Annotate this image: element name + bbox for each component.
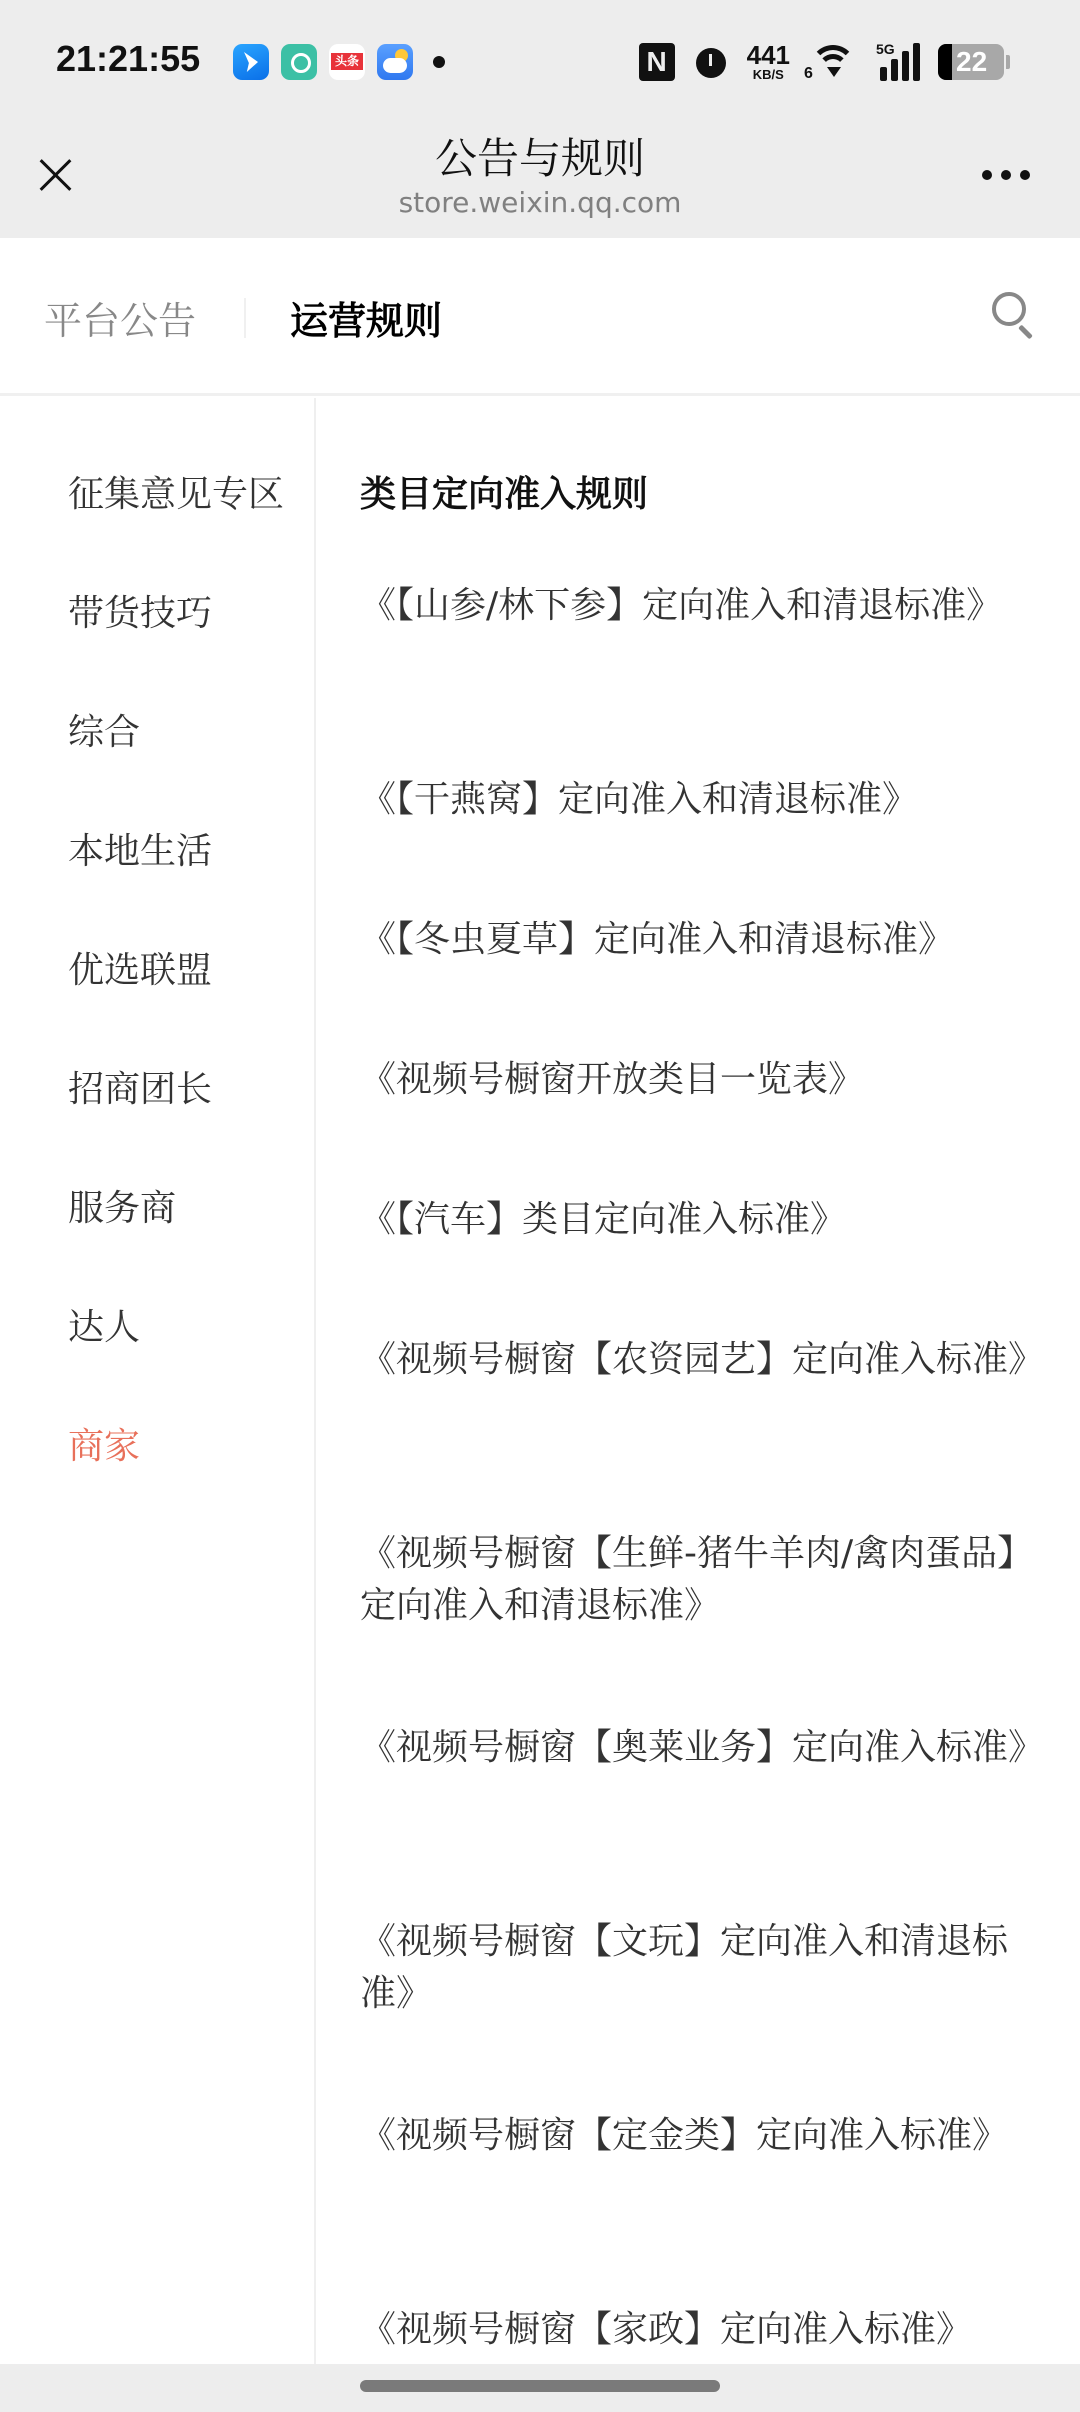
system-icons: N 441 KB/S 6 5G 22	[639, 42, 1010, 81]
webview-nav-bar: 公告与规则 store.weixin.qq.com	[0, 120, 1080, 238]
sidebar-item-selling-tips[interactable]: 带货技巧	[68, 585, 212, 636]
rule-link[interactable]: 《视频号橱窗【家政】定向准入标准》	[360, 2304, 1080, 2356]
rule-link[interactable]: 《视频号橱窗【文玩】定向准入和清退标准》	[360, 1916, 1080, 2020]
rule-link-label: 《视频号橱窗【奥莱业务】定向准入标准》	[360, 1722, 1030, 1774]
cellular-5g-label: 5G	[876, 41, 895, 57]
rule-link[interactable]: 《视频号橱窗【农资园艺】定向准入标准》	[360, 1334, 1080, 1386]
rule-link-label: 《【干燕窝】定向准入和清退标准》	[360, 774, 1060, 826]
battery-level: 22	[956, 46, 987, 78]
rules-content: 类目定向准入规则 《【山参/林下参】定向准入和清退标准》 《【干燕窝】定向准入和…	[318, 398, 1080, 2364]
rule-link[interactable]: 《【汽车】类目定向准入标准》	[360, 1194, 1080, 1246]
rule-link-label: 《视频号橱窗【生鲜-猪牛羊肉/禽肉蛋品】定向准入和清退标准》	[360, 1528, 1030, 1632]
home-indicator[interactable]	[360, 2380, 720, 2392]
sidebar-item-merchant[interactable]: 商家	[68, 1418, 140, 1469]
rule-link-label: 《【冬虫夏草】定向准入和清退标准》	[360, 914, 1060, 966]
notification-icons: 头条	[233, 44, 445, 80]
rule-link[interactable]: 《【干燕窝】定向准入和清退标准》	[360, 774, 1080, 826]
alarm-icon	[693, 43, 729, 81]
rule-link-label: 《【山参/林下参】定向准入和清退标准》	[360, 580, 1000, 632]
gesture-nav-area	[0, 2364, 1080, 2412]
sidebar-item-merchant-recruitment-leader[interactable]: 招商团长	[68, 1061, 212, 1112]
more-options-icon[interactable]	[982, 170, 1030, 180]
rule-link[interactable]: 《视频号橱窗【生鲜-猪牛羊肉/禽肉蛋品】定向准入和清退标准》	[360, 1528, 1080, 1632]
tab-operation-rules[interactable]: 运营规则	[290, 290, 442, 345]
rule-link[interactable]: 《【山参/林下参】定向准入和清退标准》	[360, 580, 1080, 632]
wifi-icon: 6	[808, 43, 858, 81]
nfc-icon: N	[639, 43, 675, 81]
tab-divider	[244, 298, 246, 338]
rule-link-label: 《视频号橱窗【家政】定向准入标准》	[360, 2304, 1080, 2356]
dingtalk-icon	[233, 44, 269, 80]
wifi-6-label: 6	[804, 65, 813, 83]
weather-icon	[377, 44, 413, 80]
network-speed: 441 KB/S	[747, 42, 790, 81]
more-notifications-dot-icon	[433, 56, 445, 68]
rule-link-label: 《视频号橱窗【定金类】定向准入标准》	[360, 2110, 1000, 2162]
rule-link[interactable]: 《视频号橱窗【奥莱业务】定向准入标准》	[360, 1722, 1080, 1774]
toutiao-icon: 头条	[329, 44, 365, 80]
sidebar-item-general[interactable]: 综合	[68, 704, 140, 755]
sidebar-item-influencer[interactable]: 达人	[68, 1299, 140, 1350]
rule-link[interactable]: 《【冬虫夏草】定向准入和清退标准》	[360, 914, 1080, 966]
sidebar-item-selected-alliance[interactable]: 优选联盟	[68, 942, 212, 993]
rule-link-label: 《【汽车】类目定向准入标准》	[360, 1194, 1060, 1246]
rule-link-label: 《视频号橱窗开放类目一览表》	[360, 1054, 1060, 1106]
cellular-signal-icon: 5G	[876, 43, 920, 81]
sidebar-item-local-life[interactable]: 本地生活	[68, 823, 212, 874]
search-icon[interactable]	[988, 288, 1040, 340]
tab-bar: 平台公告 运营规则	[0, 238, 1080, 396]
battery-tip	[1006, 55, 1010, 69]
network-speed-unit: KB/S	[747, 68, 790, 81]
page-url: store.weixin.qq.com	[0, 186, 1080, 219]
section-title: 类目定向准入规则	[360, 466, 648, 517]
tab-platform-announcements[interactable]: 平台公告	[44, 290, 196, 345]
status-time: 21:21:55	[56, 38, 200, 80]
sidebar-item-feedback-zone[interactable]: 征集意见专区	[68, 466, 284, 517]
rule-link-label: 《视频号橱窗【文玩】定向准入和清退标准》	[360, 1916, 1030, 2020]
page-title: 公告与规则	[0, 126, 1080, 186]
rule-link[interactable]: 《视频号橱窗开放类目一览表》	[360, 1054, 1080, 1106]
battery-icon: 22	[938, 44, 1004, 80]
status-bar: 21:21:55 头条 N 441 KB/S 6 5G 22	[0, 0, 1080, 120]
green-app-icon	[281, 44, 317, 80]
rule-link-label: 《视频号橱窗【农资园艺】定向准入标准》	[360, 1334, 1030, 1386]
rule-link[interactable]: 《视频号橱窗【定金类】定向准入标准》	[360, 2110, 1080, 2162]
network-speed-value: 441	[747, 42, 790, 68]
sidebar-item-service-provider[interactable]: 服务商	[68, 1180, 176, 1231]
toutiao-label: 头条	[331, 53, 363, 70]
category-sidebar: 征集意见专区 带货技巧 综合 本地生活 优选联盟 招商团长 服务商 达人 商家	[0, 398, 316, 2364]
